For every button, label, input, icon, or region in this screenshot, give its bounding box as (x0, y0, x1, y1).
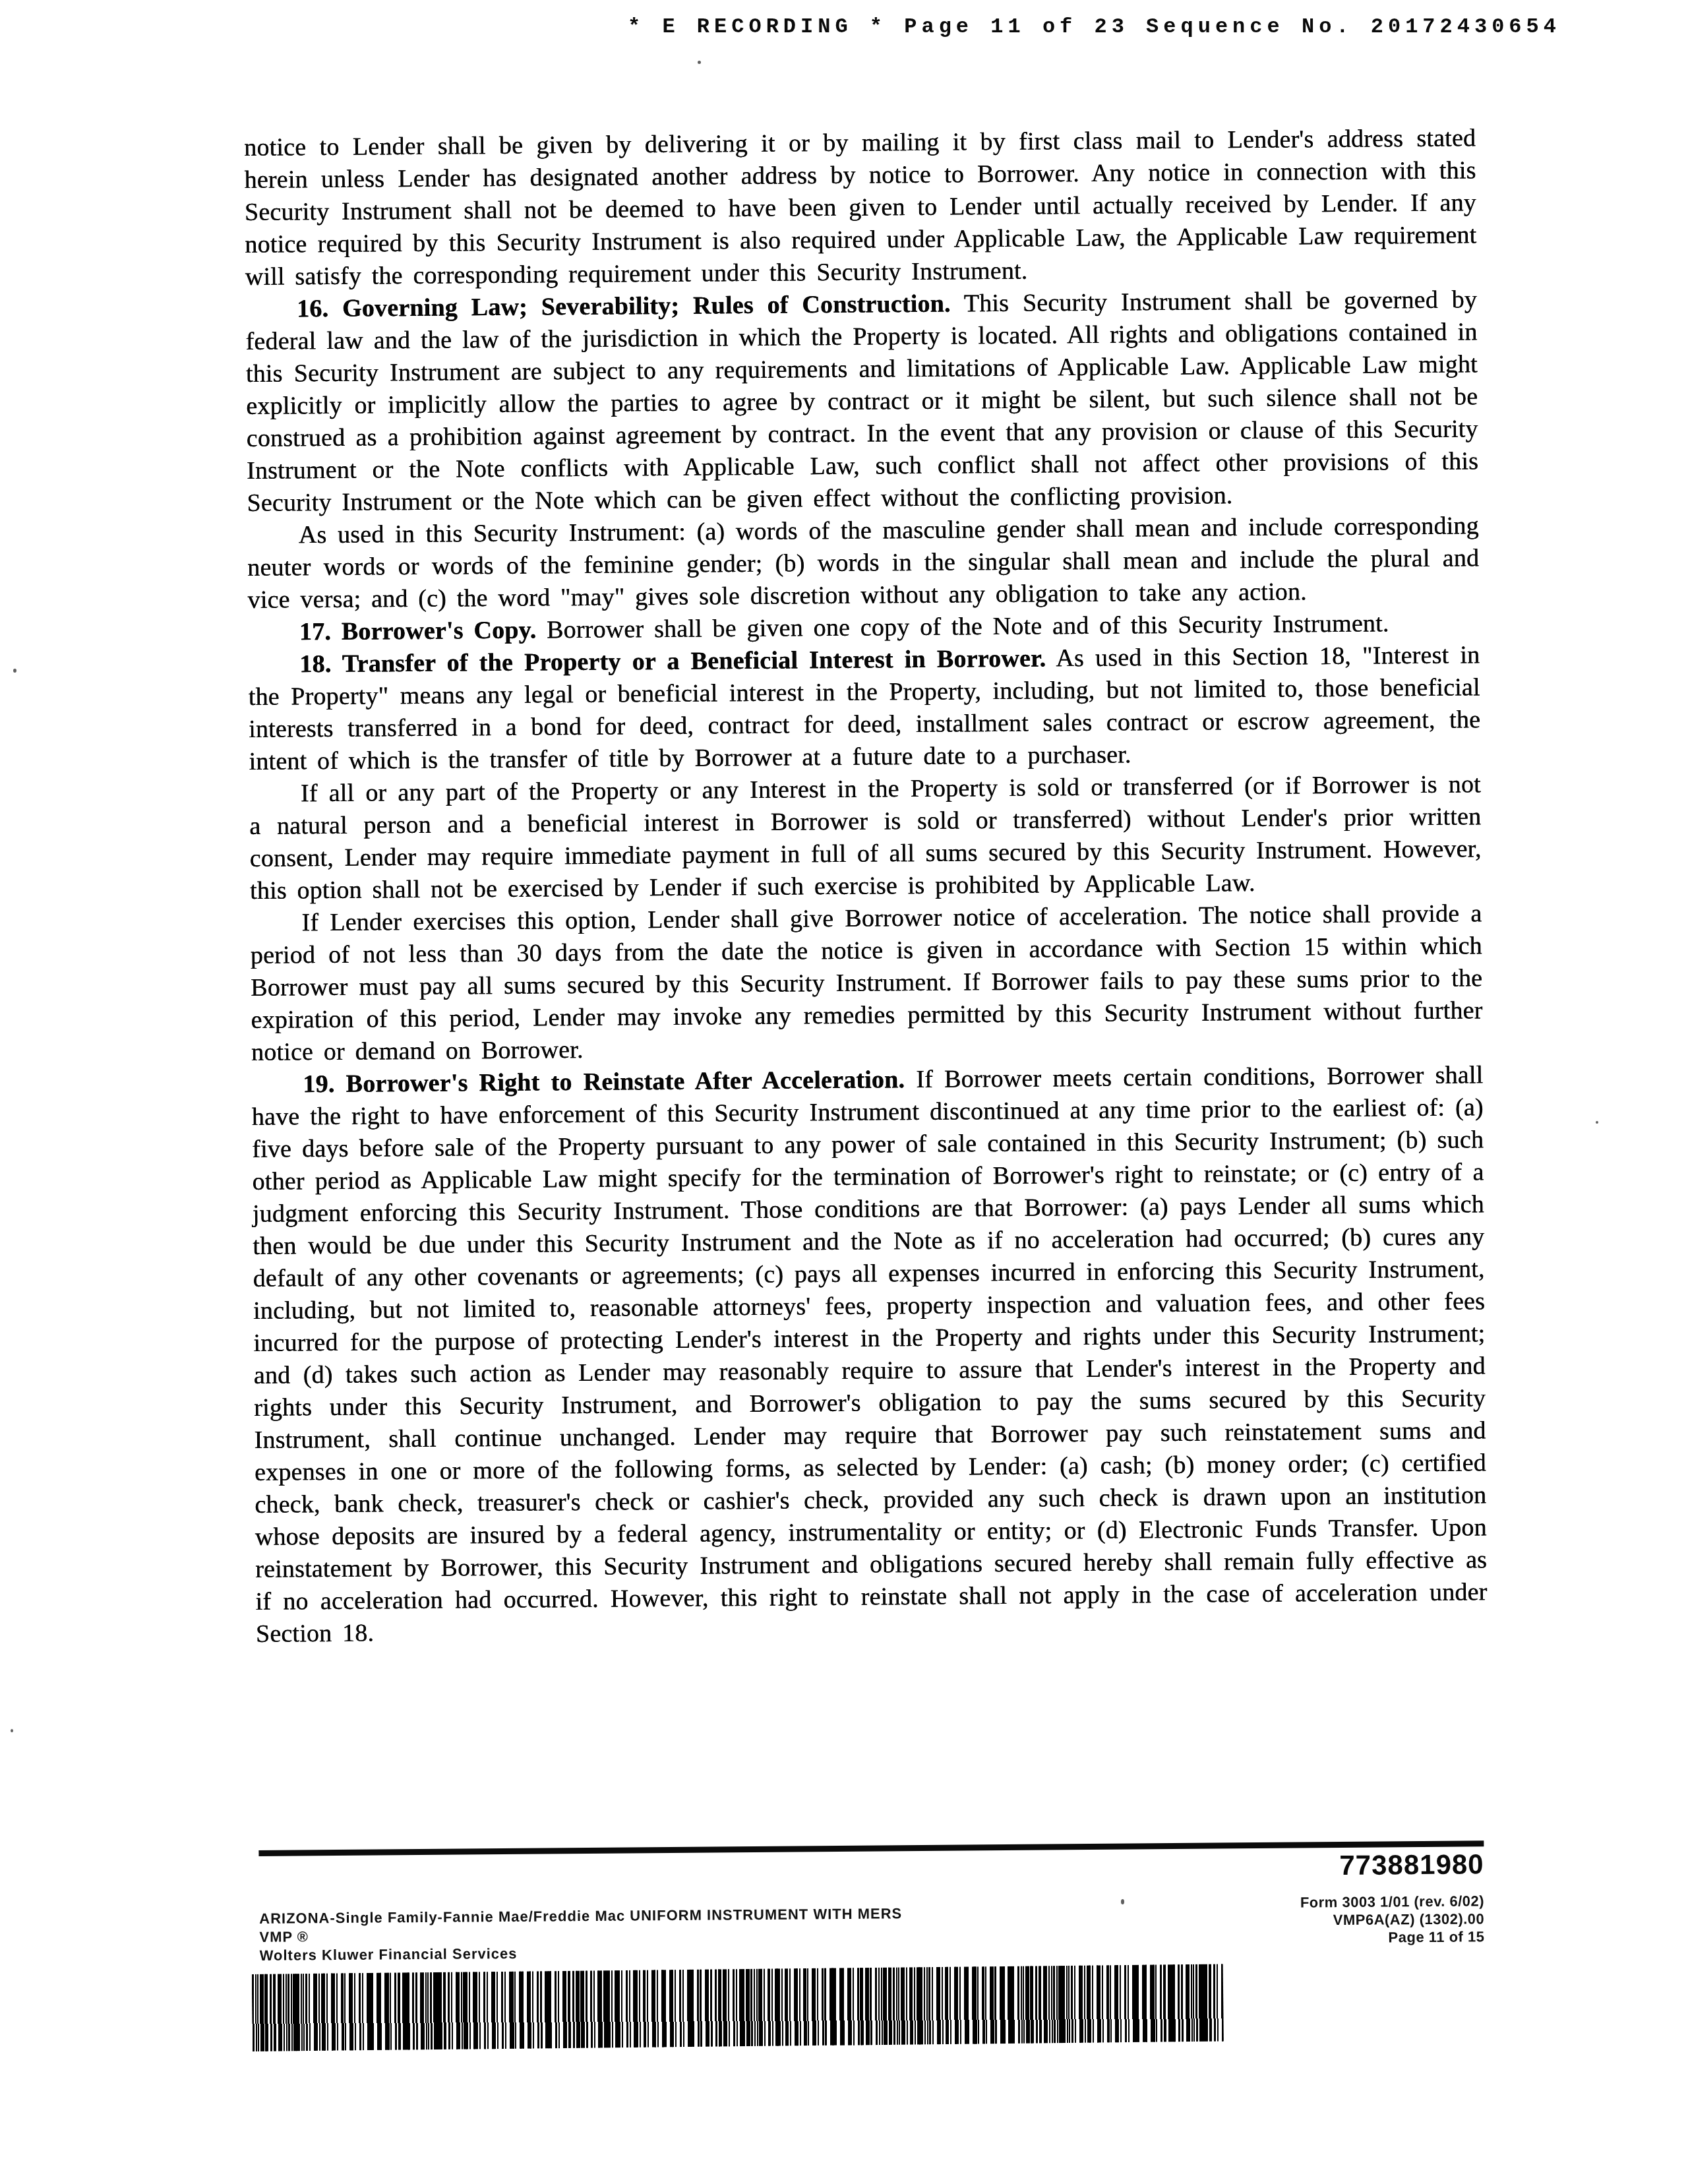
section-19-heading: 19. Borrower's Right to Reinstate After … (303, 1066, 905, 1098)
paragraph-text: Borrower shall be given one copy of the … (536, 609, 1389, 644)
paragraph-text: notice to Lender shall be given by deliv… (244, 124, 1476, 291)
document-number: 773881980 (1266, 1848, 1484, 1882)
section-16-heading: 16. Governing Law; Severability; Rules o… (297, 290, 951, 323)
scan-speck (1121, 1899, 1124, 1904)
paragraph-text: If Borrower meets certain conditions, Bo… (251, 1061, 1487, 1648)
footer-left-block: ARIZONA-Single Family-Fannie Mae/Freddie… (259, 1903, 1051, 1964)
document-body: notice to Lender shall be given by deliv… (244, 122, 1488, 1651)
scan-speck (13, 669, 16, 673)
paragraph-transfer: If all or any part of the Property or an… (249, 768, 1482, 907)
scan-speck (698, 61, 701, 64)
scan-speck (11, 1729, 13, 1732)
footer-right-block: Form 3003 1/01 (rev. 6/02) VMP6A(AZ) (13… (1003, 1892, 1485, 1949)
document-tilt-layer: notice to Lender shall be given by deliv… (0, 0, 1688, 2184)
section-18-heading: 18. Transfer of the Property or a Benefi… (299, 644, 1046, 678)
scan-speck (1596, 1121, 1598, 1124)
page-number-line: Page 11 of 15 (1003, 1927, 1484, 1949)
section-17-heading: 17. Borrower's Copy. (299, 617, 537, 646)
paragraph-section-19: 19. Borrower's Right to Reinstate After … (251, 1059, 1488, 1651)
paragraph-text: If all or any part of the Property or an… (249, 770, 1482, 905)
paragraph-text: As used in this Security Instrument: (a)… (247, 512, 1479, 614)
paragraph-as-used: As used in this Security Instrument: (a)… (247, 510, 1480, 617)
paragraph-text: If Lender exercises this option, Lender … (251, 899, 1483, 1066)
scanned-document-page: * E RECORDING * Page 11 of 23 Sequence N… (0, 0, 1688, 2184)
paragraph-section-18: 18. Transfer of the Property or a Benefi… (248, 639, 1480, 778)
paragraph-section-16: 16. Governing Law; Severability; Rules o… (245, 284, 1479, 520)
paragraph-notice-continuation: notice to Lender shall be given by deliv… (244, 122, 1477, 293)
paragraph-acceleration-notice: If Lender exercises this option, Lender … (250, 897, 1483, 1069)
barcode-icon (252, 1964, 1224, 2051)
